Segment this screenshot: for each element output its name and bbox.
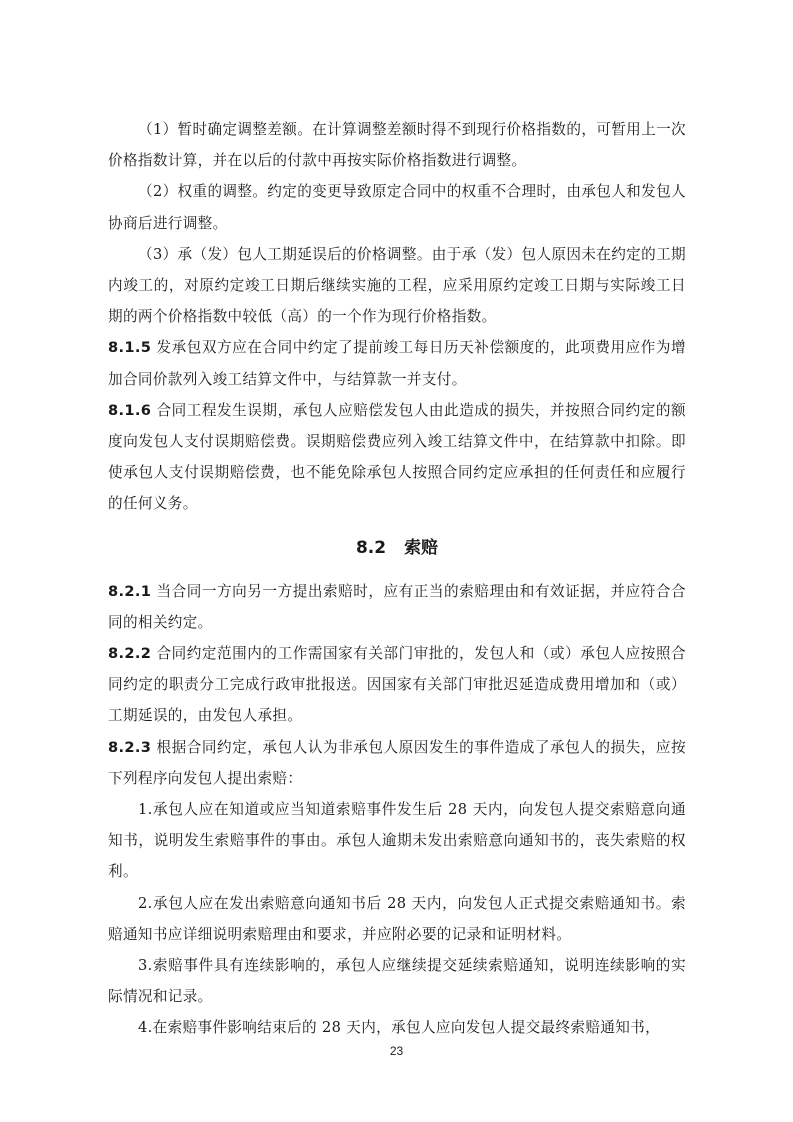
clause-number: 8.1.6 xyxy=(108,402,151,419)
clause-text: 根据合同约定，承包人认为非承包人原因发生的事件造成了承包人的损失，应按下列程序向… xyxy=(108,739,686,787)
clause-8-2-1: 8.2.1 当合同一方向另一方提出索赔时，应有正当的索赔理由和有效证据，并应符合… xyxy=(108,576,686,638)
procedure-item-1: 1.承包人应在知道或应当知道索赔事件发生后 28 天内，向发包人提交索赔意向通知… xyxy=(108,794,686,888)
clause-text: 合同约定范围内的工作需国家有关部门审批的，发包人和（或）承包人应按照合同约定的职… xyxy=(108,645,686,724)
paragraph-item-1: （1）暂时确定调整差额。在计算调整差额时得不到现行价格指数的，可暂用上一次价格指… xyxy=(108,114,686,176)
section-heading: 8.2索赔 xyxy=(108,520,686,576)
paragraph-item-3: （3）承（发）包人工期延误后的价格调整。由于承（发）包人原因未在约定的工期内竣工… xyxy=(108,239,686,333)
clause-number: 8.2.2 xyxy=(108,645,151,662)
clause-text: 合同工程发生误期，承包人应赔偿发包人由此造成的损失，并按照合同约定的额度向发包人… xyxy=(108,402,686,513)
clause-8-1-5: 8.1.5 发承包双方应在合同中约定了提前竣工每日历天补偿额度的，此项费用应作为… xyxy=(108,332,686,394)
section-number: 8.2 xyxy=(356,538,386,558)
procedure-item-3: 3.索赔事件具有连续影响的，承包人应继续提交延续索赔通知，说明连续影响的实际情况… xyxy=(108,950,686,1012)
page-number: 23 xyxy=(0,1044,793,1058)
procedure-item-4: 4.在索赔事件影响结束后的 28 天内，承包人应向发包人提交最终索赔通知书， xyxy=(108,1012,686,1043)
clause-8-2-2: 8.2.2 合同约定范围内的工作需国家有关部门审批的，发包人和（或）承包人应按照… xyxy=(108,638,686,732)
clause-8-2-3: 8.2.3 根据合同约定，承包人认为非承包人原因发生的事件造成了承包人的损失，应… xyxy=(108,732,686,794)
clause-number: 8.1.5 xyxy=(108,339,151,356)
section-title: 索赔 xyxy=(404,538,438,558)
clause-text: 发承包双方应在合同中约定了提前竣工每日历天补偿额度的，此项费用应作为增加合同价款… xyxy=(108,339,686,387)
procedure-item-2: 2.承包人应在发出索赔意向通知书后 28 天内，向发包人正式提交索赔通知书。索赔… xyxy=(108,888,686,950)
document-page: （1）暂时确定调整差额。在计算调整差额时得不到现行价格指数的，可暂用上一次价格指… xyxy=(108,114,686,1044)
clause-8-1-6: 8.1.6 合同工程发生误期，承包人应赔偿发包人由此造成的损失，并按照合同约定的… xyxy=(108,395,686,520)
clause-text: 当合同一方向另一方提出索赔时，应有正当的索赔理由和有效证据，并应符合合同的相关约… xyxy=(108,583,686,631)
clause-number: 8.2.1 xyxy=(108,583,151,600)
paragraph-item-2: （2）权重的调整。约定的变更导致原定合同中的权重不合理时，由承包人和发包人协商后… xyxy=(108,176,686,238)
clause-number: 8.2.3 xyxy=(108,739,151,756)
